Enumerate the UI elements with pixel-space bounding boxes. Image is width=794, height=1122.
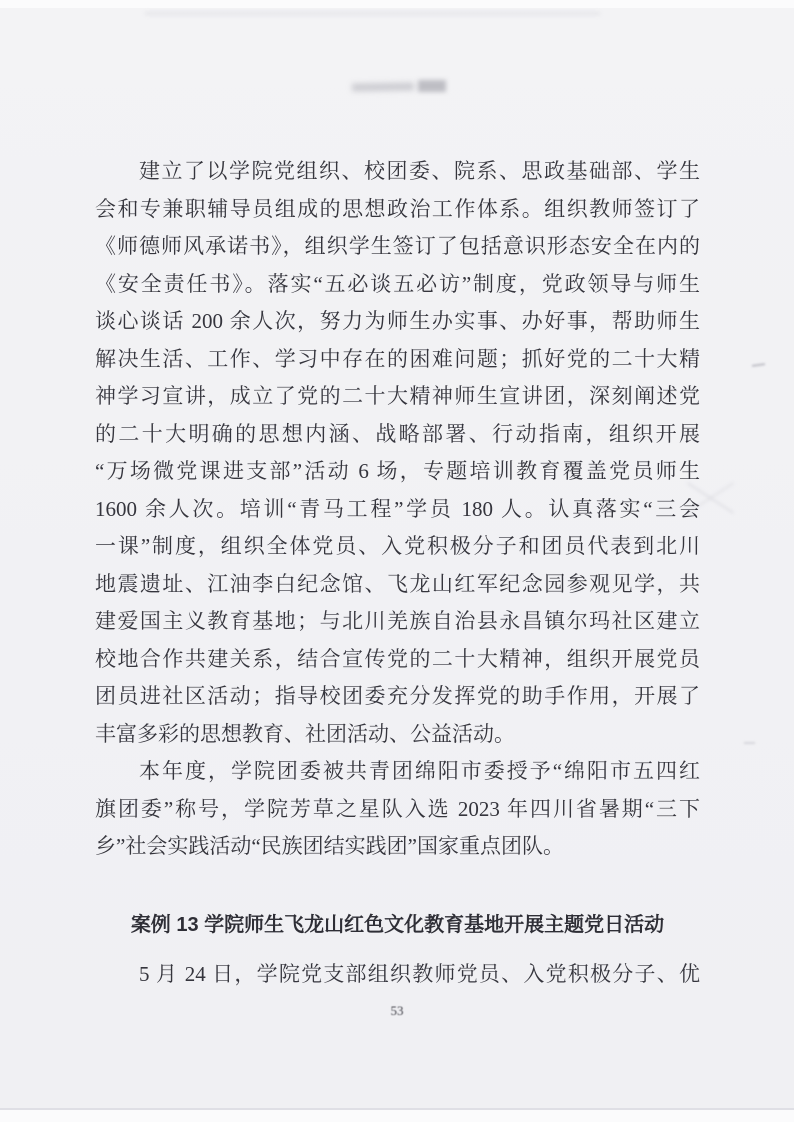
text-line: 《师德师风承诺书》，组织学生签订了包括意识形态安全在内的 <box>95 228 700 266</box>
paragraph-3: 5 月 24 日，学院党支部组织教师党员、入党积极分子、优 <box>95 956 700 994</box>
text-line: 5 月 24 日，学院党支部组织教师党员、入党积极分子、优 <box>95 956 700 994</box>
text-line: 本年度，学院团委被共青团绵阳市委授予“绵阳市五四红 <box>95 753 700 791</box>
scanned-document-page: { "colors": { "page_background": "#f2f2f… <box>0 0 794 1122</box>
scan-streak-artifact <box>145 12 600 15</box>
page-number: 53 <box>0 1003 794 1019</box>
text-line: 1600 余人次。培训“青马工程”学员 180 人。认真落实“三会 <box>95 491 700 529</box>
case-study-heading: 案例 13 学院师生飞龙山红色文化教育基地开展主题党日活动 <box>95 906 700 944</box>
text-line: 建爱国主义教育基地；与北川羌族自治县永昌镇尔玛社区建立 <box>95 603 700 641</box>
text-line: 校地合作共建关系，结合宣传党的二十大精神，组织开展党员 <box>95 641 700 679</box>
text-line: 谈心谈话 200 余人次，努力为师生办实事、办好事，帮助师生 <box>95 303 700 341</box>
text-line: 一课”制度，组织全体党员、入党积极分子和团员代表到北川 <box>95 528 700 566</box>
text-line: 乡”社会实践活动“民族团结实践团”国家重点团队。 <box>95 828 700 866</box>
paragraph-2: 本年度，学院团委被共青团绵阳市委授予“绵阳市五四红 旗团委”称号，学院芳草之星队… <box>95 753 700 866</box>
text-line: 《安全责任书》。落实“五必谈五必访”制度，党政领导与师生 <box>95 266 700 304</box>
document-body: 建立了以学院党组织、校团委、院系、思政基础部、学生 会和专兼职辅导员组成的思想政… <box>95 153 700 993</box>
text-line: 的二十大明确的思想内涵、战略部署、行动指南，组织开展 <box>95 416 700 454</box>
text-line: 团员进社区活动；指导校团委充分发挥党的助手作用，开展了 <box>95 678 700 716</box>
scan-speck <box>744 742 755 744</box>
text-line: 神学习宣讲，成立了党的二十大精神师生宣讲团，深刻阐述党 <box>95 378 700 416</box>
text-line: 地震遗址、江油李白纪念馆、飞龙山红军纪念园参观见学，共 <box>95 566 700 604</box>
text-line: 丰富多彩的思想教育、社团活动、公益活动。 <box>95 716 700 754</box>
ink-bleed-smudge <box>352 82 414 91</box>
text-line: 解决生活、工作、学习中存在的困难问题；抓好党的二十大精 <box>95 341 700 379</box>
text-line: 会和专兼职辅导员组成的思想政治工作体系。组织教师签订了 <box>95 191 700 229</box>
scan-edge-line <box>0 1108 794 1110</box>
ink-bleed-smudge <box>418 80 446 92</box>
text-line: 旗团委”称号，学院芳草之星队入选 2023 年四川省暑期“三下 <box>95 791 700 829</box>
text-line: 建立了以学院党组织、校团委、院系、思政基础部、学生 <box>95 153 700 191</box>
paragraph-1: 建立了以学院党组织、校团委、院系、思政基础部、学生 会和专兼职辅导员组成的思想政… <box>95 153 700 753</box>
text-line: “万场微党课进支部”活动 6 场，专题培训教育覆盖党员师生 <box>95 453 700 491</box>
